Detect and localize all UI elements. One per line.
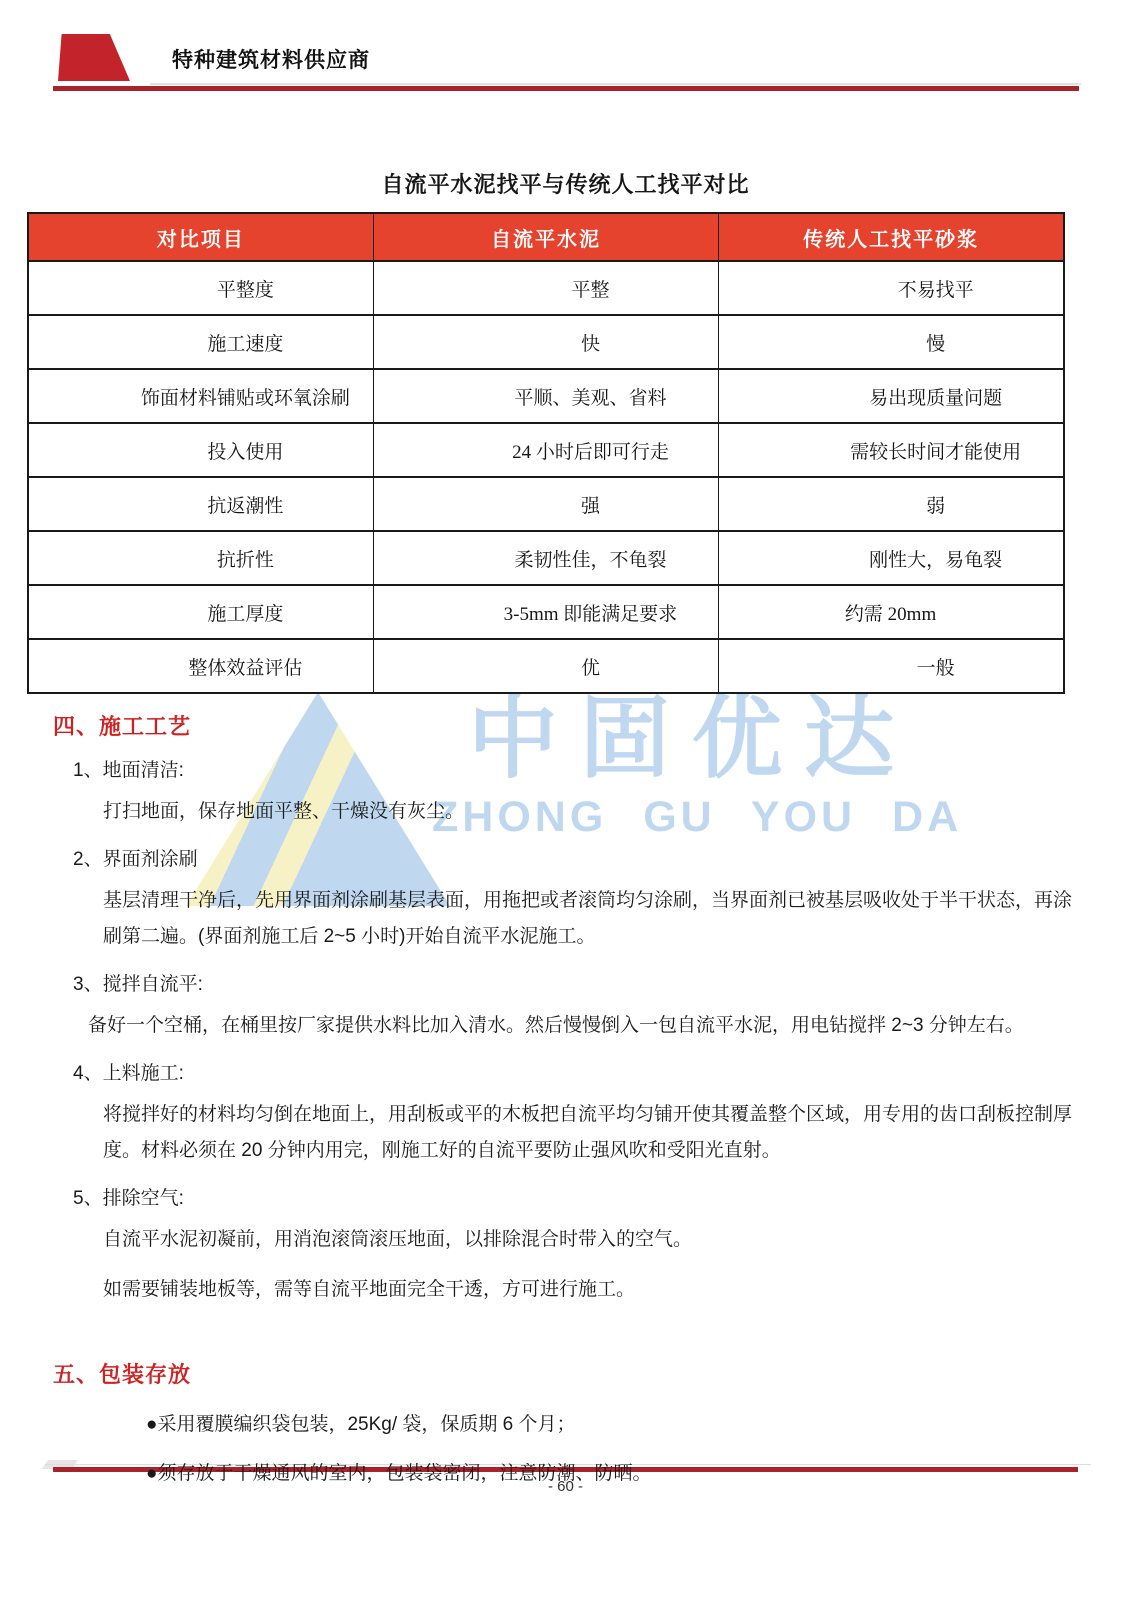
table-cell: 平顺、美观、省料 xyxy=(373,369,718,423)
step-paragraph: 将搅拌好的材料均匀倒在地面上，用刮板或平的木板把自流平均匀铺开使其覆盖整个区域，… xyxy=(103,1097,1072,1169)
packaging-bullets: ●采用覆膜编织袋包装，25Kg/ 袋，保质期 6 个月；●须存放于干燥通风的室内… xyxy=(53,1411,1078,1487)
table-cell: 优 xyxy=(373,639,718,693)
process-step: 5、排除空气:自流平水泥初凝前，用消泡滚筒滚压地面，以排除混合时带入的空气。如需… xyxy=(53,1184,1078,1308)
step-paragraph: 自流平水泥初凝前，用消泡滚筒滚压地面，以排除混合时带入的空气。 xyxy=(103,1222,1072,1258)
column-header: 传统人工找平砂浆 xyxy=(719,213,1064,261)
table-cell: 弱 xyxy=(719,477,1064,531)
page-content: 自流平水泥找平与传统人工找平对比 对比项目自流平水泥传统人工找平砂浆 平整度平整… xyxy=(0,0,1131,1487)
table-row: 抗返潮性强弱 xyxy=(28,477,1064,531)
process-section-heading: 四、施工工艺 xyxy=(53,710,1078,741)
document-page: 特种建筑材料供应商 中固优达 ZHONG GU YOU DA 自流平水泥找平与传… xyxy=(0,0,1131,1600)
step-label: 3、搅拌自流平: xyxy=(73,970,1078,1000)
table-cell: 整体效益评估 xyxy=(28,639,373,693)
table-cell: 平整 xyxy=(373,261,718,315)
table-cell: 慢 xyxy=(719,315,1064,369)
packaging-bullet: ●须存放于干燥通风的室内，包装袋密闭，注意防潮、防晒。 xyxy=(146,1460,1078,1487)
comparison-table: 对比项目自流平水泥传统人工找平砂浆 平整度平整不易找平施工速度快慢饰面材料铺贴或… xyxy=(27,212,1065,694)
table-row: 平整度平整不易找平 xyxy=(28,261,1064,315)
table-cell: 施工速度 xyxy=(28,315,373,369)
table-row: 施工厚度3-5mm 即能满足要求约需 20mm xyxy=(28,585,1064,639)
table-cell: 平整度 xyxy=(28,261,373,315)
table-row: 饰面材料铺贴或环氧涂刷平顺、美观、省料易出现质量问题 xyxy=(28,369,1064,423)
step-paragraph: 备好一个空桶，在桶里按厂家提供水料比加入清水。然后慢慢倒入一包自流平水泥，用电钻… xyxy=(88,1008,1072,1044)
column-header: 自流平水泥 xyxy=(373,213,718,261)
table-cell: 刚性大，易龟裂 xyxy=(719,531,1064,585)
table-row: 投入使用24 小时后即可行走需较长时间才能使用 xyxy=(28,423,1064,477)
table-cell: 抗折性 xyxy=(28,531,373,585)
table-cell: 饰面材料铺贴或环氧涂刷 xyxy=(28,369,373,423)
table-cell: 柔韧性佳，不龟裂 xyxy=(373,531,718,585)
table-cell: 施工厚度 xyxy=(28,585,373,639)
step-paragraph: 如需要铺装地板等，需等自流平地面完全干透，方可进行施工。 xyxy=(103,1272,1072,1308)
table-cell: 一般 xyxy=(719,639,1064,693)
table-row: 抗折性柔韧性佳，不龟裂刚性大，易龟裂 xyxy=(28,531,1064,585)
step-label: 2、界面剂涂刷 xyxy=(73,845,1078,875)
section-process: 四、施工工艺 1、地面清洁:打扫地面，保存地面平整、干燥没有灰尘。2、界面剂涂刷… xyxy=(53,710,1078,1308)
table-cell: 约需 20mm xyxy=(719,585,1064,639)
table-cell: 抗返潮性 xyxy=(28,477,373,531)
table-cell: 强 xyxy=(373,477,718,531)
comparison-table-body: 平整度平整不易找平施工速度快慢饰面材料铺贴或环氧涂刷平顺、美观、省料易出现质量问… xyxy=(28,261,1064,693)
column-header: 对比项目 xyxy=(28,213,373,261)
section-packaging: 五、包装存放 ●采用覆膜编织袋包装，25Kg/ 袋，保质期 6 个月；●须存放于… xyxy=(53,1358,1078,1487)
table-cell: 不易找平 xyxy=(719,261,1064,315)
packaging-bullet: ●采用覆膜编织袋包装，25Kg/ 袋，保质期 6 个月； xyxy=(146,1411,1078,1438)
process-step: 1、地面清洁:打扫地面，保存地面平整、干燥没有灰尘。 xyxy=(53,756,1078,830)
table-cell: 投入使用 xyxy=(28,423,373,477)
table-header-row: 对比项目自流平水泥传统人工找平砂浆 xyxy=(28,213,1064,261)
step-label: 5、排除空气: xyxy=(73,1184,1078,1214)
table-cell: 3-5mm 即能满足要求 xyxy=(373,585,718,639)
process-step: 2、界面剂涂刷基层清理干净后，先用界面剂涂刷基层表面，用拖把或者滚筒均匀涂刷，当… xyxy=(53,845,1078,955)
step-label: 4、上料施工: xyxy=(73,1059,1078,1089)
table-row: 施工速度快慢 xyxy=(28,315,1064,369)
table-cell: 需较长时间才能使用 xyxy=(719,423,1064,477)
table-title: 自流平水泥找平与传统人工找平对比 xyxy=(53,0,1078,199)
step-paragraph: 打扫地面，保存地面平整、干燥没有灰尘。 xyxy=(103,794,1072,830)
table-cell: 24 小时后即可行走 xyxy=(373,423,718,477)
step-label: 1、地面清洁: xyxy=(73,756,1078,786)
table-cell: 快 xyxy=(373,315,718,369)
table-cell: 易出现质量问题 xyxy=(719,369,1064,423)
process-step: 4、上料施工:将搅拌好的材料均匀倒在地面上，用刮板或平的木板把自流平均匀铺开使其… xyxy=(53,1059,1078,1169)
packaging-section-heading: 五、包装存放 xyxy=(53,1358,1078,1389)
process-steps: 1、地面清洁:打扫地面，保存地面平整、干燥没有灰尘。2、界面剂涂刷基层清理干净后… xyxy=(53,756,1078,1308)
process-step: 3、搅拌自流平:备好一个空桶，在桶里按厂家提供水料比加入清水。然后慢慢倒入一包自… xyxy=(53,970,1078,1044)
table-row: 整体效益评估优一般 xyxy=(28,639,1064,693)
step-paragraph: 基层清理干净后，先用界面剂涂刷基层表面，用拖把或者滚筒均匀涂刷，当界面剂已被基层… xyxy=(103,883,1072,955)
